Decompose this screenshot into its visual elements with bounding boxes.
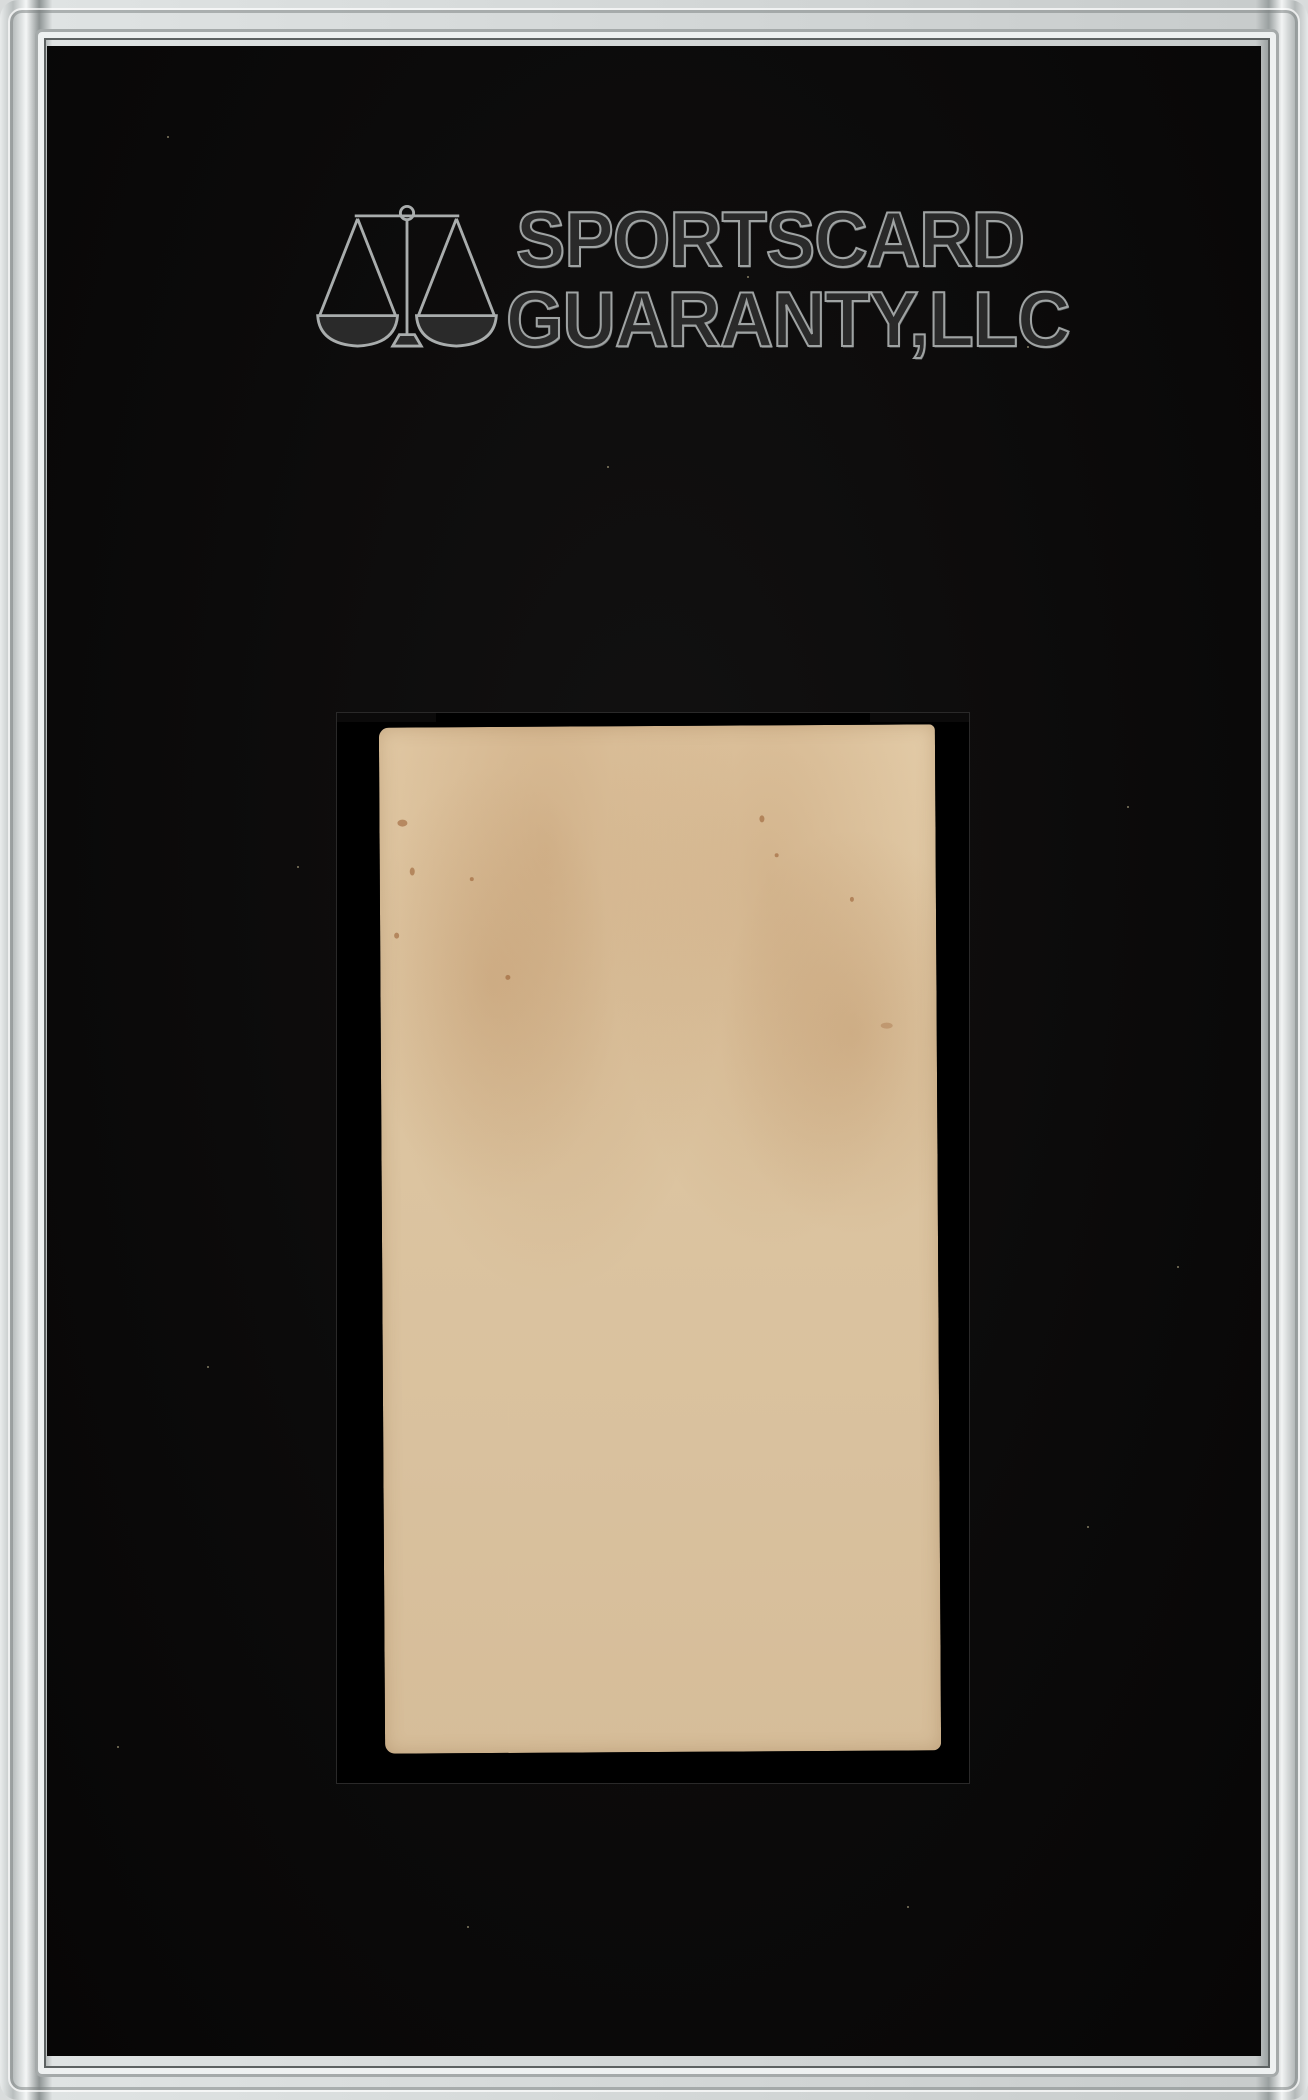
grader-logo-text: SPORTSCARD GUARANTY,LLC [506, 203, 1070, 357]
grader-logo-line1: SPORTSCARD [516, 201, 1070, 279]
grader-logo-line2: GUARANTY,LLC [506, 281, 1070, 359]
window-notch-top-left [336, 712, 436, 722]
card-slab: SPORTSCARD GUARANTY,LLC [0, 0, 1308, 2100]
card-back [379, 724, 941, 1753]
grader-logo: SPORTSCARD GUARANTY,LLC [312, 200, 1002, 360]
scales-of-justice-icon [312, 201, 502, 359]
window-notch-top-right [870, 712, 970, 722]
